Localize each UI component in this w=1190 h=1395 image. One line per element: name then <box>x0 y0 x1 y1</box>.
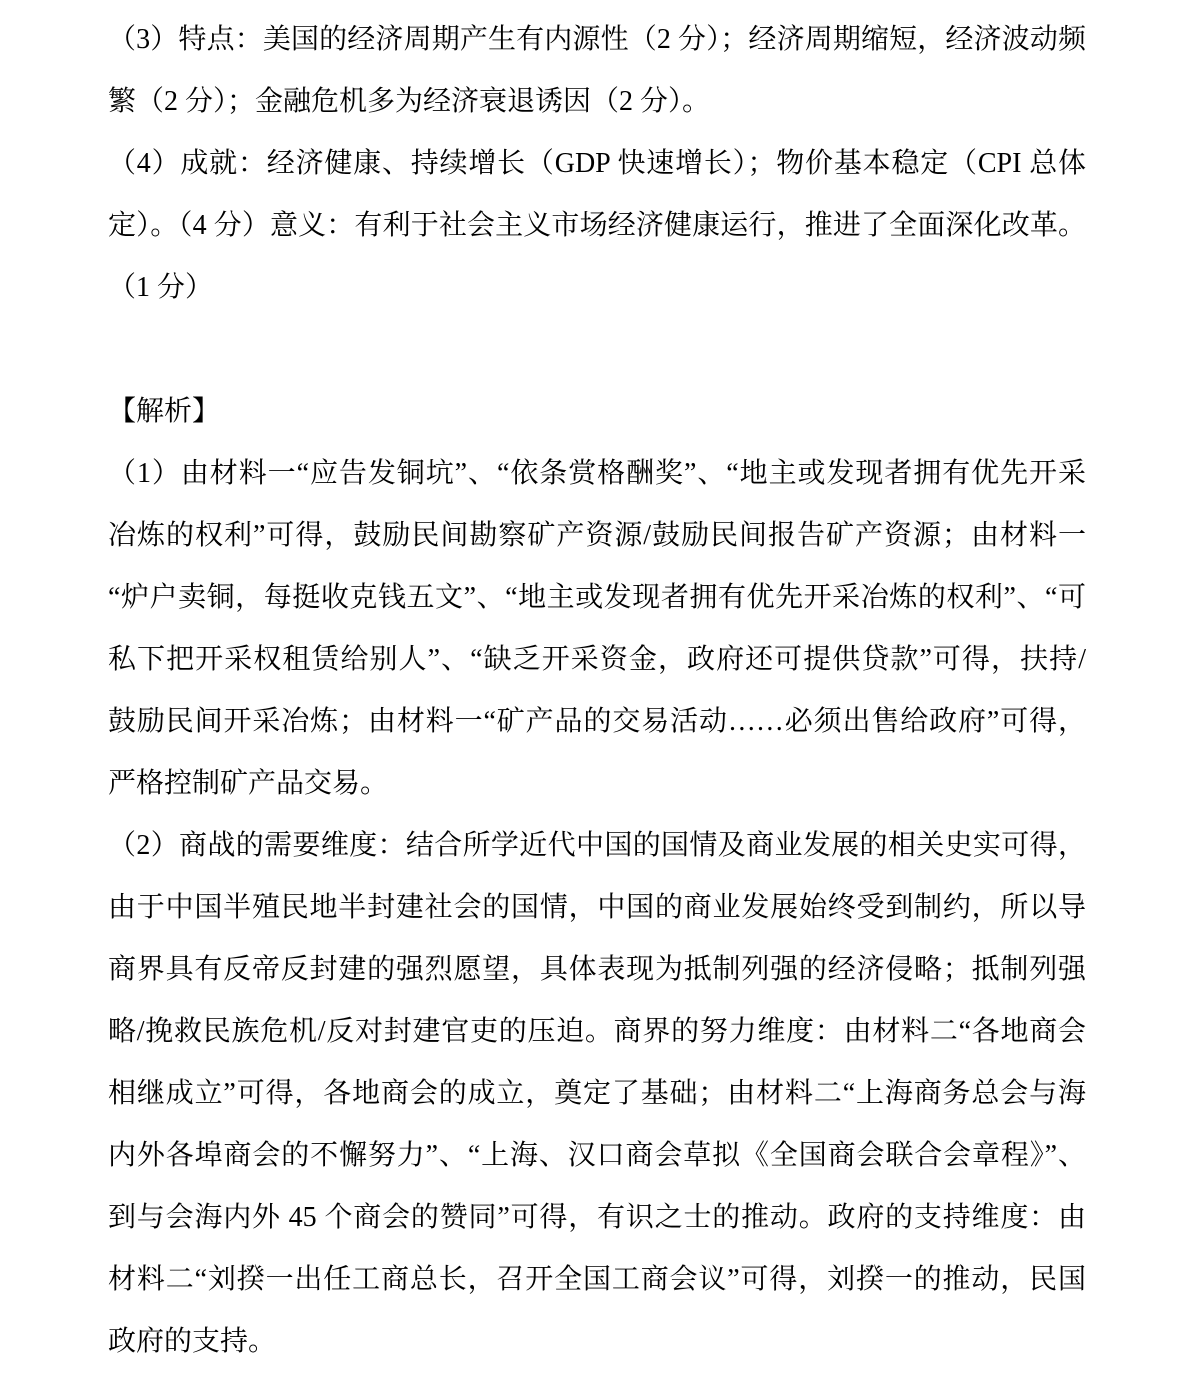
document-text-line: 略/挽救民族危机/反对封建官吏的压迫。商界的努力维度：由材料二“各地商会 <box>108 1001 1086 1063</box>
document-text-line: 政府的支持。 <box>108 1311 1086 1373</box>
document-text-line: 内外各埠商会的不懈努力”、“上海、汉口商会草拟《全国商会联合会章程》”、“得 <box>108 1125 1086 1187</box>
document-text: （3）特点：美国的经济周期产生有内源性（2 分）；经济周期缩短，经济波动频繁（2… <box>108 9 1086 1373</box>
document-text-line: 相继成立”可得，各地商会的成立，奠定了基础；由材料二“上海商务总会与海 <box>108 1063 1086 1125</box>
document-text-line: 定）。（4 分）意义：有利于社会主义市场经济健康运行，推进了全面深化改革。 <box>108 195 1086 257</box>
document-text-line: （1 分） <box>108 257 1086 319</box>
document-text-line: 私下把开采权租赁给别人”、“缺乏开采资金，政府还可提供贷款”可得，扶持/ <box>108 629 1086 691</box>
document-text-line: （2）商战的需要维度：结合所学近代中国的国情及商业发展的相关史实可得， <box>108 815 1086 877</box>
document-text-line: 到与会海内外 45 个商会的赞同”可得，有识之士的推动。政府的支持维度：由 <box>108 1187 1086 1249</box>
document-text-line: “炉户卖铜，每挺收克钱五文”、“地主或发现者拥有优先开采冶炼的权利”、“可 <box>108 567 1086 629</box>
document-text-line: 鼓励民间开采冶炼；由材料一“矿产品的交易活动……必须出售给政府”可得， <box>108 691 1086 753</box>
document-text-line: 【解析】 <box>108 381 1086 443</box>
document-page: （3）特点：美国的经济周期产生有内源性（2 分）；经济周期缩短，经济波动频繁（2… <box>0 0 1190 1395</box>
document-text-line: （1）由材料一“应告发铜坑”、“依条赏格酬奖”、“地主或发现者拥有优先开采 <box>108 443 1086 505</box>
document-text-line <box>108 319 1086 381</box>
document-text-line: （3）特点：美国的经济周期产生有内源性（2 分）；经济周期缩短，经济波动频 <box>108 9 1086 71</box>
document-text-line: 繁（2 分）；金融危机多为经济衰退诱因（2 分）。 <box>108 71 1086 133</box>
document-text-line: （4）成就：经济健康、持续增长（GDP 快速增长）；物价基本稳定（CPI 总体稳 <box>108 133 1086 195</box>
document-text-line: 材料二“刘揆一出任工商总长，召开全国工商会议”可得，刘揆一的推动，民国 <box>108 1249 1086 1311</box>
document-text-line: 严格控制矿产品交易。 <box>108 753 1086 815</box>
document-text-line: 商界具有反帝反封建的强烈愿望，具体表现为抵制列强的经济侵略；抵制列强侵 <box>108 939 1086 1001</box>
document-text-line: 冶炼的权利”可得，鼓励民间勘察矿产资源/鼓励民间报告矿产资源；由材料一 <box>108 505 1086 567</box>
document-text-line: 由于中国半殖民地半封建社会的国情，中国的商业发展始终受到制约，所以导致 <box>108 877 1086 939</box>
